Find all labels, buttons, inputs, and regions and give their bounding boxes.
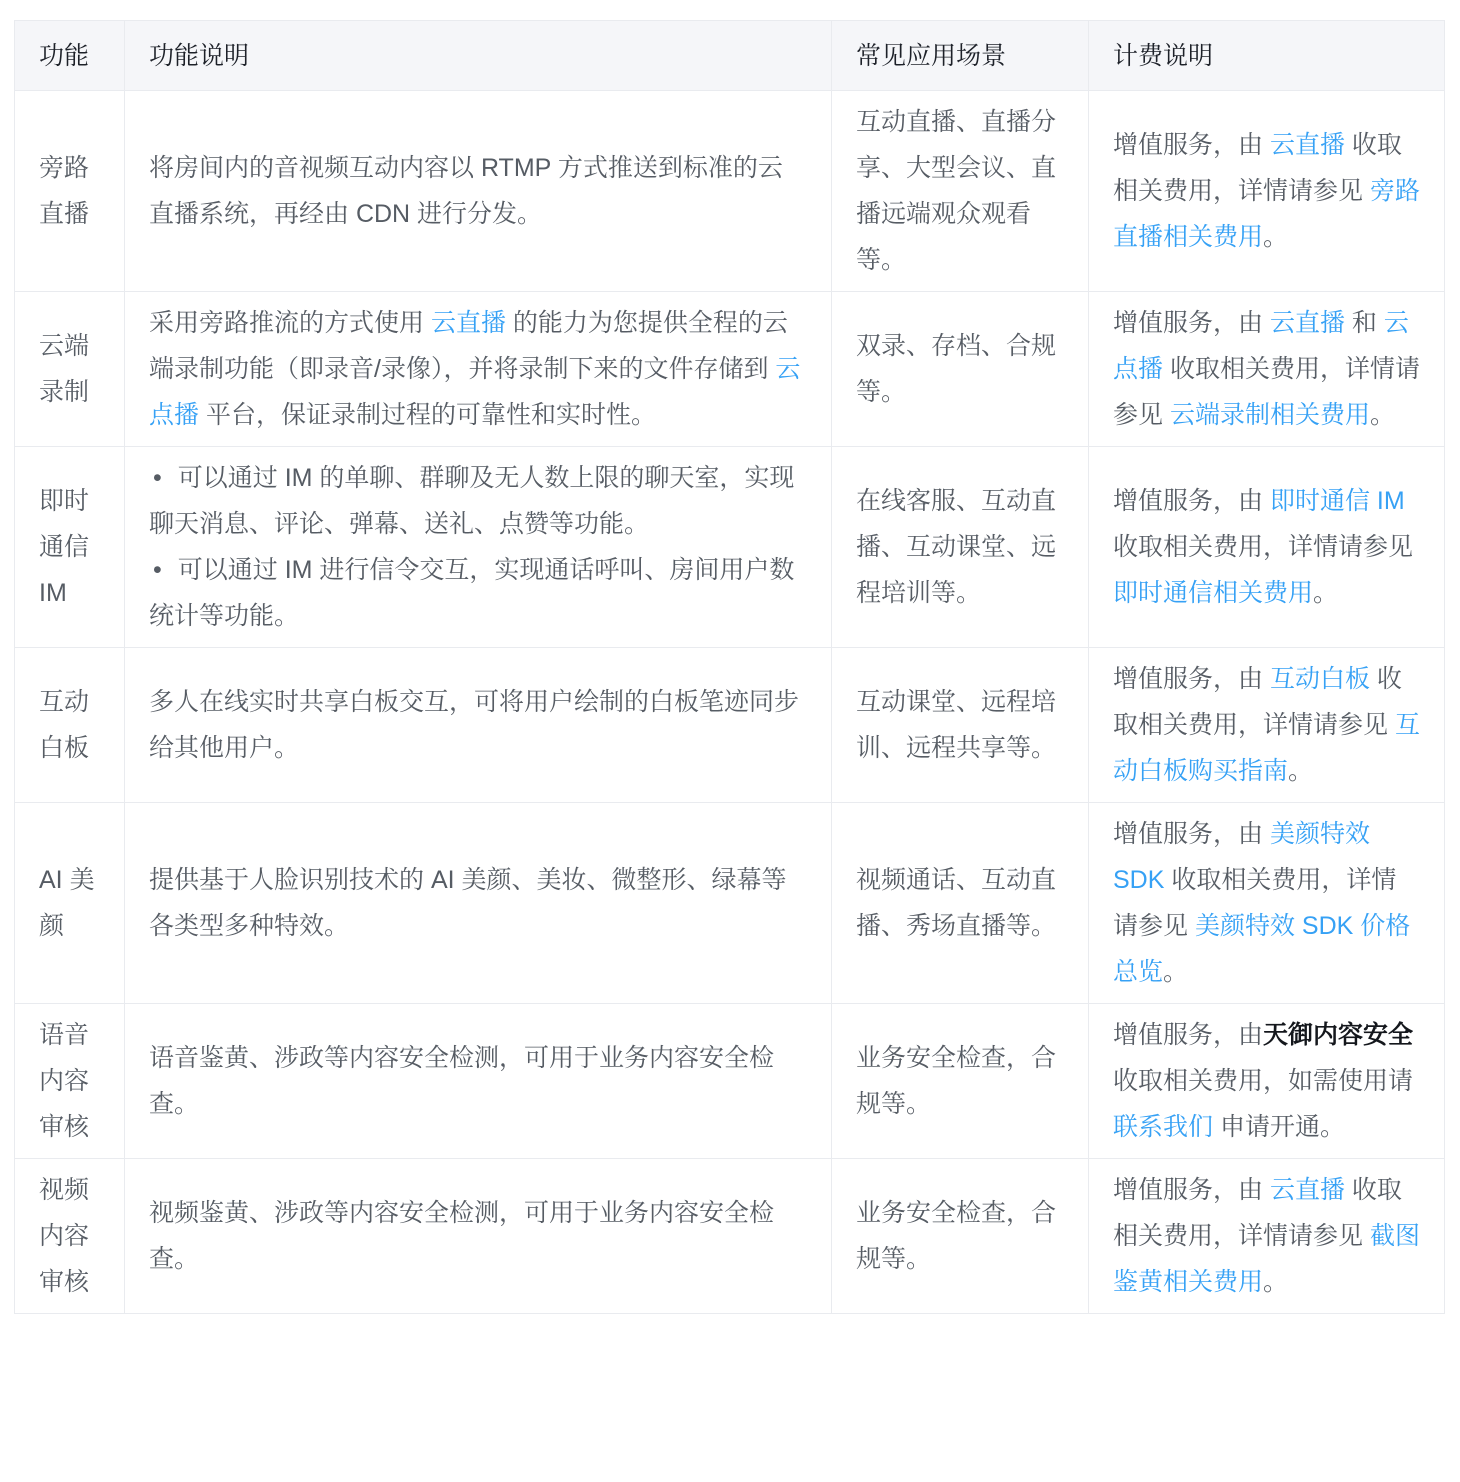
description-cell: 视频鉴黄、涉政等内容安全检测，可用于业务内容安全检查。 [125,1159,832,1314]
paragraph: 增值服务，由 云直播 收取相关费用，详情请参见 截图鉴黄相关费用。 [1113,1167,1420,1305]
text-segment: 语音鉴黄、涉政等内容安全检测，可用于业务内容安全检查。 [149,1044,774,1118]
billing-cell: 增值服务，由 云直播 收取相关费用，详情请参见 旁路直播相关费用。 [1089,91,1445,292]
billing-cell: 增值服务，由天御内容安全收取相关费用，如需使用请 联系我们 申请开通。 [1089,1004,1445,1159]
paragraph: 增值服务，由 云直播 和 云点播 收取相关费用，详情请参见 云端录制相关费用。 [1113,300,1420,438]
billing-cell: 增值服务，由 即时通信 IM 收取相关费用，详情请参见 即时通信相关费用。 [1089,447,1445,648]
text-segment: 。 [1288,757,1313,785]
features-table: 功能 功能说明 常见应用场景 计费说明 旁路直播 将房间内的音视频互动内容以 R… [14,20,1445,1314]
text-segment: 增值服务，由 [1113,309,1270,337]
description-cell: 采用旁路推流的方式使用 云直播 的能力为您提供全程的云端录制功能（即录音/录像）… [125,292,832,447]
paragraph: 增值服务，由 互动白板 收取相关费用，详情请参见 互动白板购买指南。 [1113,656,1420,794]
description-cell: 将房间内的音视频互动内容以 RTMP 方式推送到标准的云直播系统，再经由 CDN… [125,91,832,292]
paragraph: 增值服务，由 云直播 收取相关费用，详情请参见 旁路直播相关费用。 [1113,122,1420,260]
paragraph: 提供基于人脸识别技术的 AI 美颜、美妆、微整形、绿幕等各类型多种特效。 [149,857,807,949]
features-table-container: 功能 功能说明 常见应用场景 计费说明 旁路直播 将房间内的音视频互动内容以 R… [14,20,1446,1314]
table-header: 功能 功能说明 常见应用场景 计费说明 [15,21,1445,91]
scenarios-cell: 业务安全检查，合规等。 [832,1159,1089,1314]
text-segment: 增值服务，由 [1113,1176,1270,1204]
table-row: AI 美颜 提供基于人脸识别技术的 AI 美颜、美妆、微整形、绿幕等各类型多种特… [15,803,1445,1004]
text-segment: 可以通过 IM 进行信令交互，实现通话呼叫、房间用户数统计等功能。 [149,556,794,630]
feature-cell: AI 美颜 [15,803,125,1004]
text-segment: 平台，保证录制过程的可靠性和实时性。 [199,401,656,429]
text-segment: 增值服务，由 [1113,1021,1263,1049]
table-row: 旁路直播 将房间内的音视频互动内容以 RTMP 方式推送到标准的云直播系统，再经… [15,91,1445,292]
inline-link[interactable]: 即时通信 IM [1270,487,1405,515]
table-row: 语音内容审核 语音鉴黄、涉政等内容安全检测，可用于业务内容安全检查。 业务安全检… [15,1004,1445,1159]
column-header-billing: 计费说明 [1089,21,1445,91]
billing-cell: 增值服务，由 云直播 和 云点播 收取相关费用，详情请参见 云端录制相关费用。 [1089,292,1445,447]
text-segment: 多人在线实时共享白板交互，可将用户绘制的白板笔迹同步给其他用户。 [149,688,799,762]
inline-link[interactable]: 云直播 [1270,309,1345,337]
scenarios-cell: 双录、存档、合规等。 [832,292,1089,447]
bullet-icon: • [153,455,162,501]
text-segment: 可以通过 IM 的单聊、群聊及无人数上限的聊天室，实现聊天消息、评论、弹幕、送礼… [149,464,794,538]
text-segment: 提供基于人脸识别技术的 AI 美颜、美妆、微整形、绿幕等各类型多种特效。 [149,866,787,940]
feature-cell: 语音内容审核 [15,1004,125,1159]
text-segment: 。 [1263,223,1288,251]
table-row: 视频内容审核 视频鉴黄、涉政等内容安全检测，可用于业务内容安全检查。 业务安全检… [15,1159,1445,1314]
billing-cell: 增值服务，由 美颜特效 SDK 收取相关费用，详情请参见 美颜特效 SDK 价格… [1089,803,1445,1004]
text-segment: 和 [1345,309,1384,337]
table-row: 即时通信 IM •可以通过 IM 的单聊、群聊及无人数上限的聊天室，实现聊天消息… [15,447,1445,648]
text-segment: 申请开通。 [1213,1113,1345,1141]
billing-cell: 增值服务，由 互动白板 收取相关费用，详情请参见 互动白板购买指南。 [1089,648,1445,803]
column-header-feature: 功能 [15,21,125,91]
feature-cell: 视频内容审核 [15,1159,125,1314]
feature-cell: 云端录制 [15,292,125,447]
scenarios-cell: 互动直播、直播分享、大型会议、直播远端观众观看等。 [832,91,1089,292]
text-segment: 。 [1263,1268,1288,1296]
table-body: 旁路直播 将房间内的音视频互动内容以 RTMP 方式推送到标准的云直播系统，再经… [15,91,1445,1314]
text-segment: 视频鉴黄、涉政等内容安全检测，可用于业务内容安全检查。 [149,1199,774,1273]
scenarios-cell: 互动课堂、远程培训、远程共享等。 [832,648,1089,803]
paragraph: 语音鉴黄、涉政等内容安全检测，可用于业务内容安全检查。 [149,1035,807,1127]
inline-link[interactable]: 互动白板 [1270,665,1370,693]
paragraph: 视频鉴黄、涉政等内容安全检测，可用于业务内容安全检查。 [149,1190,807,1282]
text-segment: 。 [1163,958,1188,986]
billing-cell: 增值服务，由 云直播 收取相关费用，详情请参见 截图鉴黄相关费用。 [1089,1159,1445,1314]
column-header-description: 功能说明 [125,21,832,91]
text-segment: 收取相关费用，详情请参见 [1113,533,1413,561]
inline-link[interactable]: 云直播 [1270,131,1345,159]
column-header-scenarios: 常见应用场景 [832,21,1089,91]
inline-link[interactable]: 即时通信相关费用 [1113,579,1313,607]
bullet-paragraph: •可以通过 IM 的单聊、群聊及无人数上限的聊天室，实现聊天消息、评论、弹幕、送… [149,455,807,547]
text-segment: 增值服务，由 [1113,820,1270,848]
description-cell: 提供基于人脸识别技术的 AI 美颜、美妆、微整形、绿幕等各类型多种特效。 [125,803,832,1004]
text-segment: 将房间内的音视频互动内容以 RTMP 方式推送到标准的云直播系统，再经由 CDN… [149,154,783,228]
text-segment: 增值服务，由 [1113,665,1270,693]
paragraph: 增值服务，由天御内容安全收取相关费用，如需使用请 联系我们 申请开通。 [1113,1012,1420,1150]
text-segment: 。 [1370,401,1395,429]
table-row: 云端录制 采用旁路推流的方式使用 云直播 的能力为您提供全程的云端录制功能（即录… [15,292,1445,447]
feature-cell: 旁路直播 [15,91,125,292]
description-cell: •可以通过 IM 的单聊、群聊及无人数上限的聊天室，实现聊天消息、评论、弹幕、送… [125,447,832,648]
inline-link[interactable]: 云端录制相关费用 [1170,401,1370,429]
paragraph: 采用旁路推流的方式使用 云直播 的能力为您提供全程的云端录制功能（即录音/录像）… [149,300,807,438]
inline-link[interactable]: 云直播 [1270,1176,1345,1204]
text-segment: 收取相关费用，如需使用请 [1113,1067,1413,1095]
feature-cell: 即时通信 IM [15,447,125,648]
text-segment: 增值服务，由 [1113,487,1270,515]
bold-text: 天御内容安全 [1263,1021,1413,1049]
description-cell: 多人在线实时共享白板交互，可将用户绘制的白板笔迹同步给其他用户。 [125,648,832,803]
scenarios-cell: 业务安全检查，合规等。 [832,1004,1089,1159]
feature-cell: 互动白板 [15,648,125,803]
paragraph: 多人在线实时共享白板交互，可将用户绘制的白板笔迹同步给其他用户。 [149,679,807,771]
paragraph: 增值服务，由 即时通信 IM 收取相关费用，详情请参见 即时通信相关费用。 [1113,478,1420,616]
inline-link[interactable]: 联系我们 [1113,1113,1213,1141]
paragraph: 增值服务，由 美颜特效 SDK 收取相关费用，详情请参见 美颜特效 SDK 价格… [1113,811,1420,995]
inline-link[interactable]: 云直播 [431,309,506,337]
paragraph: 将房间内的音视频互动内容以 RTMP 方式推送到标准的云直播系统，再经由 CDN… [149,145,807,237]
table-row: 互动白板 多人在线实时共享白板交互，可将用户绘制的白板笔迹同步给其他用户。 互动… [15,648,1445,803]
text-segment: 采用旁路推流的方式使用 [149,309,431,337]
scenarios-cell: 在线客服、互动直播、互动课堂、远程培训等。 [832,447,1089,648]
text-segment: 。 [1313,579,1338,607]
bullet-paragraph: •可以通过 IM 进行信令交互，实现通话呼叫、房间用户数统计等功能。 [149,547,807,639]
text-segment: 增值服务，由 [1113,131,1270,159]
bullet-icon: • [153,547,162,593]
description-cell: 语音鉴黄、涉政等内容安全检测，可用于业务内容安全检查。 [125,1004,832,1159]
header-row: 功能 功能说明 常见应用场景 计费说明 [15,21,1445,91]
scenarios-cell: 视频通话、互动直播、秀场直播等。 [832,803,1089,1004]
